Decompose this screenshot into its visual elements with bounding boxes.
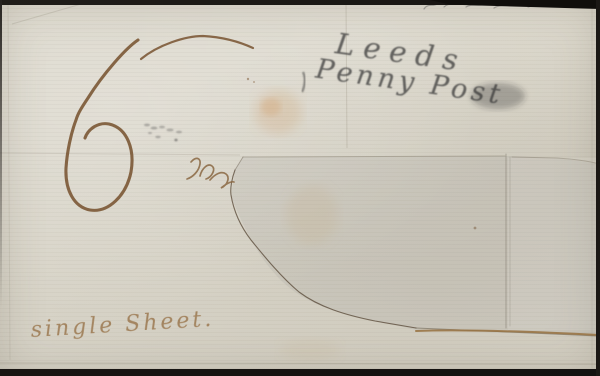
partial-handwriting: [187, 158, 234, 188]
rate-flourish: [141, 36, 253, 59]
postmark-smudge: [144, 124, 182, 142]
folded-flap: [231, 154, 600, 336]
scan-edge-right: [596, 0, 600, 376]
scan-edge-left: [0, 0, 2, 308]
flap-right-panel: [508, 158, 600, 330]
scan-edge-bottom: [0, 369, 600, 376]
ink-blotch: [302, 72, 305, 92]
postal-cover-photo: Leeds Penny Post single Sheet. 5: [0, 0, 600, 376]
